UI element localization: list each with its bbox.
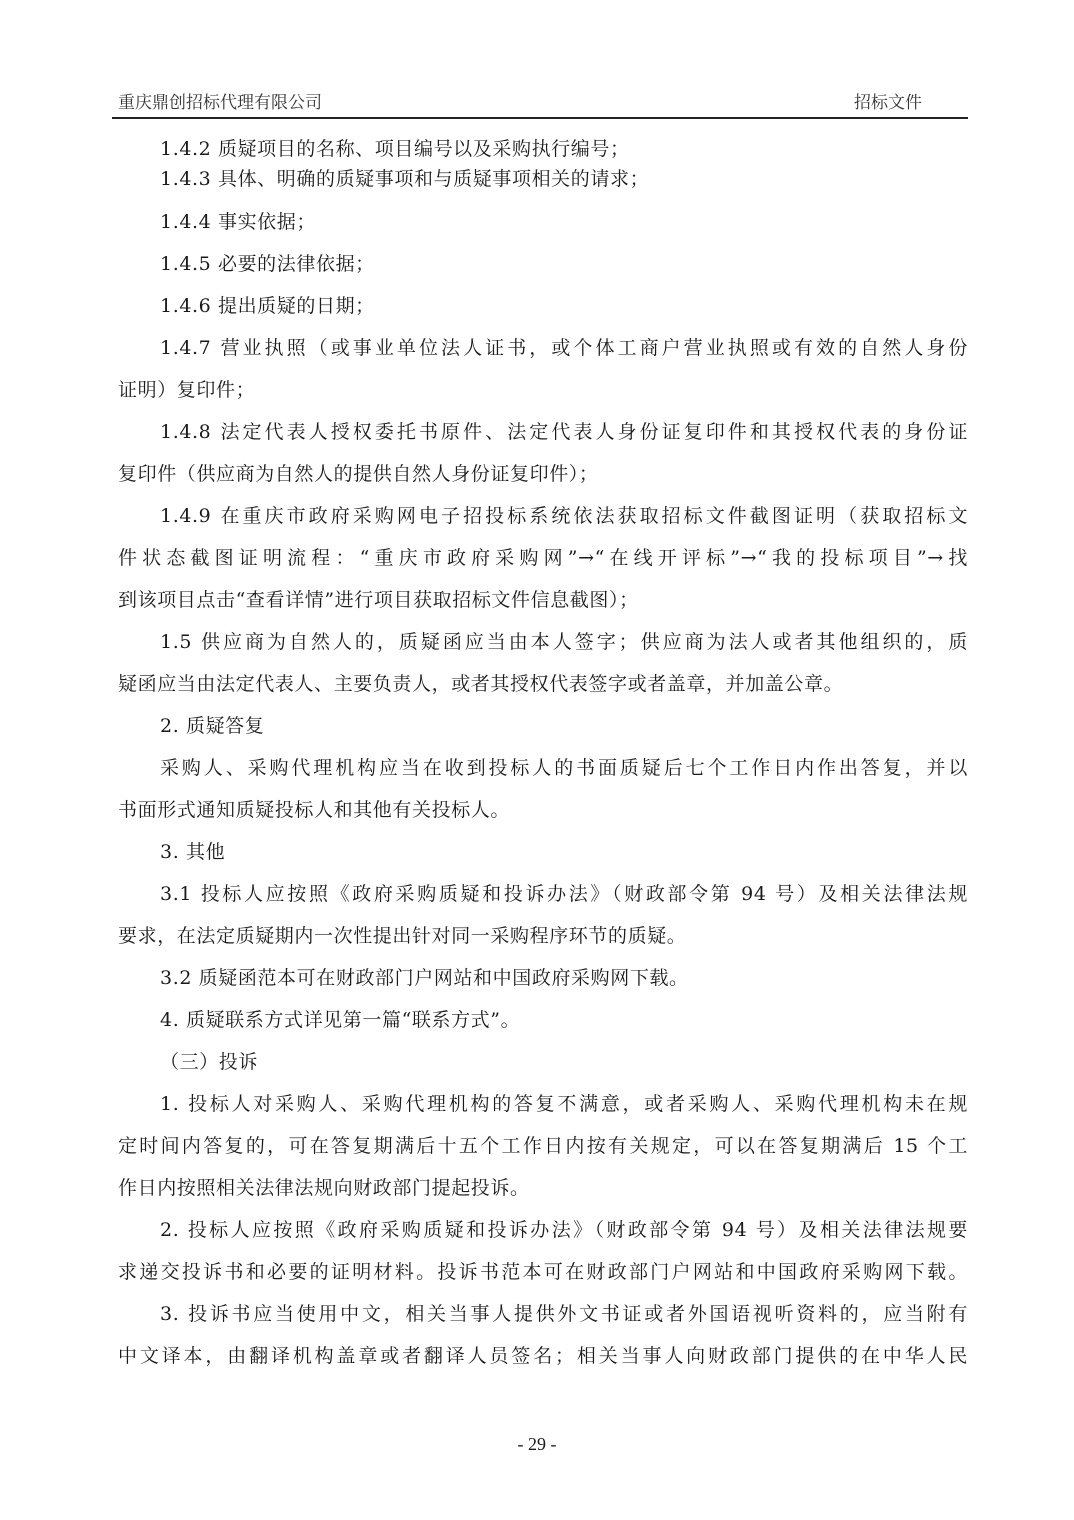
text-line: 作日内按照相关法律法规向财政部门提起投诉。	[118, 1176, 968, 1200]
company-name: 重庆鼎创招标代理有限公司	[118, 88, 322, 113]
text-line: 3. 其他	[160, 840, 1010, 864]
text-line: 3. 投诉书应当使用中文，相关当事人提供外文书证或者外国语视听资料的，应当附有	[160, 1302, 968, 1326]
text-line: 证明）复印件；	[118, 378, 968, 402]
text-line: 到该项目点击“查看详情”进行项目获取招标文件信息截图）；	[118, 588, 968, 612]
text-line: 1.5 供应商为自然人的，质疑函应当由本人签字；供应商为法人或者其他组织的，质	[160, 630, 968, 654]
header-divider	[112, 117, 968, 119]
text-line: 1.4.5 必要的法律依据；	[160, 252, 1010, 276]
text-line: 1.4.2 质疑项目的名称、项目编号以及采购执行编号；	[160, 137, 1010, 161]
text-line: 1.4.3 具体、明确的质疑事项和与质疑事项相关的请求；	[160, 167, 1010, 191]
text-line: 4. 质疑联系方式详见第一篇“联系方式”。	[160, 1008, 1010, 1032]
text-line: （三）投诉	[160, 1050, 1010, 1074]
text-line: 1.4.6 提出质疑的日期；	[160, 294, 1010, 318]
text-line: 1.4.4 事实依据；	[160, 210, 1010, 234]
document-type: 招标文件	[854, 88, 922, 113]
page-number: - 29 -	[0, 1434, 1074, 1455]
text-line: 书面形式通知质疑投标人和其他有关投标人。	[118, 798, 968, 822]
text-line: 1.4.7 营业执照（或事业单位法人证书，或个体工商户营业执照或有效的自然人身份	[160, 336, 968, 360]
text-line: 定时间内答复的，可在答复期满后十五个工作日内按有关规定，可以在答复期满后 15 …	[118, 1134, 968, 1158]
text-line: 要求，在法定质疑期内一次性提出针对同一采购程序环节的质疑。	[118, 924, 968, 948]
text-line: 2. 投标人应按照《政府采购质疑和投诉办法》（财政部令第 94 号）及相关法律法…	[160, 1218, 968, 1242]
text-line: 2. 质疑答复	[160, 714, 1010, 738]
text-line: 中文译本，由翻译机构盖章或者翻译人员签名；相关当事人向财政部门提供的在中华人民	[118, 1344, 968, 1368]
text-line: 1. 投标人对采购人、采购代理机构的答复不满意，或者采购人、采购代理机构未在规	[160, 1092, 968, 1116]
text-line: 疑函应当由法定代表人、主要负责人，或者其授权代表签字或者盖章，并加盖公章。	[118, 672, 968, 696]
text-line: 3.2 质疑函范本可在财政部门户网站和中国政府采购网下载。	[160, 966, 1010, 990]
text-line: 件状态截图证明流程：“重庆市政府采购网”→“在线开评标”→“我的投标项目”→找	[118, 546, 968, 570]
text-line: 1.4.9 在重庆市政府采购网电子招投标系统依法获取招标文件截图证明（获取招标文	[160, 504, 968, 528]
page-header: 重庆鼎创招标代理有限公司 招标文件	[118, 88, 966, 118]
text-line: 复印件（供应商为自然人的提供自然人身份证复印件）；	[118, 462, 968, 486]
text-line: 3.1 投标人应按照《政府采购质疑和投诉办法》（财政部令第 94 号）及相关法律…	[160, 882, 968, 906]
text-line: 1.4.8 法定代表人授权委托书原件、法定代表人身份证复印件和其授权代表的身份证	[160, 420, 968, 444]
text-line: 求递交投诉书和必要的证明材料。投诉书范本可在财政部门户网站和中国政府采购网下载。	[118, 1260, 968, 1284]
text-line: 采购人、采购代理机构应当在收到投标人的书面质疑后七个工作日内作出答复，并以	[160, 756, 968, 780]
